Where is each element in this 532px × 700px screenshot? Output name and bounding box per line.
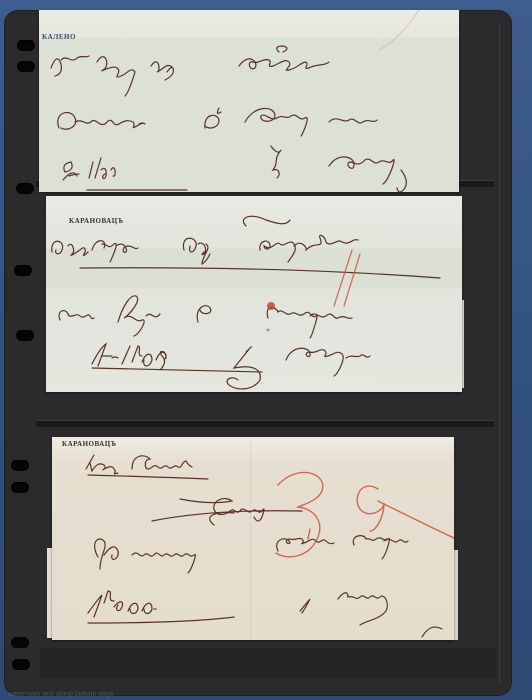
punch-hole <box>11 460 29 471</box>
letter-cover-3[interactable]: КАРАНОВАЦЪ <box>52 437 454 640</box>
handwritten-address <box>52 437 454 640</box>
pocket-strip <box>36 420 494 427</box>
handwritten-address <box>46 196 462 392</box>
punch-hole <box>14 265 32 276</box>
pocket-strip-bottom <box>40 648 496 678</box>
watermark-text: watermark text along bottom edge <box>8 691 114 698</box>
punch-hole <box>16 183 34 194</box>
letter-cover-1[interactable]: КАЛЕНО <box>39 10 459 192</box>
punch-hole <box>11 637 29 648</box>
punch-hole <box>17 61 35 72</box>
punch-hole <box>11 482 29 493</box>
punch-hole <box>17 40 35 51</box>
letter-cover-2[interactable]: КАРАНОВАЦЪ <box>46 196 462 392</box>
page-edge <box>499 24 500 684</box>
punch-hole <box>12 659 30 670</box>
handwritten-address <box>39 10 459 192</box>
punch-hole <box>16 330 34 341</box>
